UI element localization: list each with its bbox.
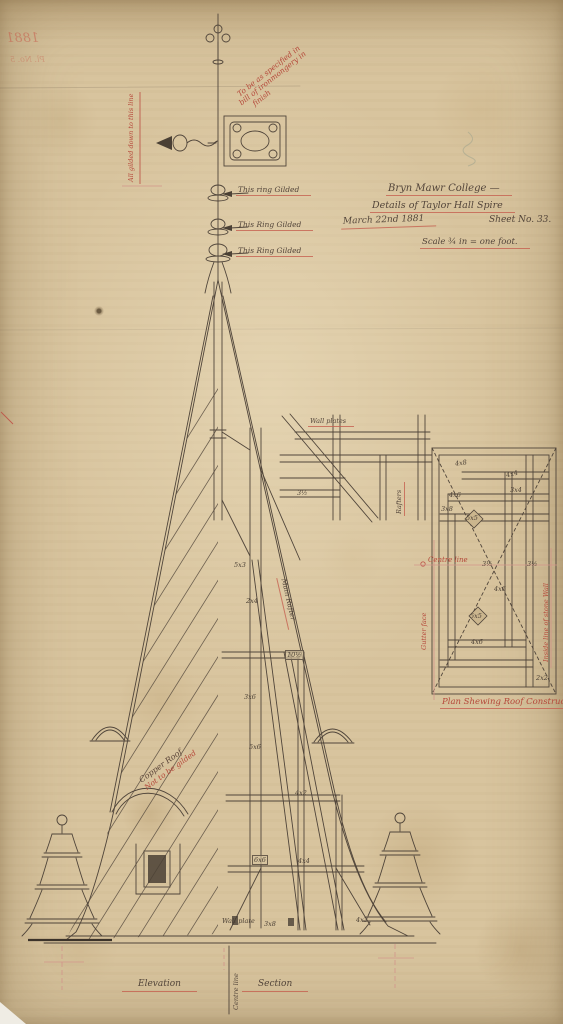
dimension-label: 4x6 (471, 638, 483, 646)
dimension-label: 3½ (527, 560, 537, 568)
elevation-label: Elevation (122, 980, 197, 992)
title-scale: Scale ¾ in = one foot. (420, 238, 530, 249)
title-college: Bryn Mawr College — (386, 183, 512, 196)
spire-drawing (0, 0, 563, 1024)
title-subject: Details of Taylor Hall Spire (370, 201, 515, 213)
roof-plan (421, 448, 556, 694)
dimension-label: 5x3 (234, 561, 246, 569)
note-all-gilded: All gilded down to this line (128, 94, 135, 182)
drawing-sheet: 1881 Pl. No. 5 To be as specified in bil… (0, 0, 563, 1024)
dimension-label: 4x6 (494, 585, 506, 593)
dimension-label: 3½ (482, 560, 492, 568)
rafters-label: Rafters (396, 482, 405, 516)
plan-caption: Plan Shewing Roof Construction (440, 698, 563, 709)
finial (205, 14, 231, 293)
weathervane (156, 135, 217, 151)
right-turret (360, 813, 440, 934)
dimension-label: 4x3 (356, 916, 368, 924)
dimension-label: 4x6 (449, 491, 461, 499)
left-turret (22, 815, 102, 936)
pencil-scribble (463, 132, 475, 166)
dimension-label: 4x2 (295, 789, 307, 797)
ornament-plate (224, 116, 286, 166)
title-sheet-number: Sheet No. 33. (489, 216, 551, 226)
ring-label-1: This ring Gilded (236, 186, 311, 196)
dimension-label: 3x4 (510, 486, 522, 494)
ring-label-3: This Ring Gilded (236, 247, 313, 257)
plan-inside-line-label: Inside line of stone Wall (543, 583, 550, 662)
dimension-label: 4x4 (298, 857, 310, 865)
dimension-label: 2x2 (536, 674, 548, 682)
dimension-label: 3x8 (441, 505, 453, 513)
dimension-label: 10½ (285, 650, 304, 660)
dimension-label: 4x8 (455, 458, 468, 468)
dimension-label: 6x6 (252, 855, 268, 865)
dimension-label: 5x6 (249, 743, 261, 751)
plan-gutter-label: Gutter face (421, 613, 428, 650)
stamp-bleedthrough-date: 1881 (6, 32, 39, 46)
stamp-bleedthrough-number: Pl. No. 5 (10, 56, 45, 65)
footer-centre-line-label: Centre line (233, 973, 240, 1010)
dimension-label: 3x6 (244, 693, 256, 701)
wall-plates-label: Wall plates (308, 418, 354, 427)
dimension-label: 5x5 (466, 514, 478, 522)
ring-label-2: This Ring Gilded (236, 221, 313, 231)
spire-outline (66, 280, 408, 940)
dimension-label: 5x5 (470, 612, 482, 620)
dimension-label: 3x8 (264, 920, 276, 928)
dimension-label: Wall plate (222, 917, 255, 925)
eaves-detail (280, 414, 432, 522)
section-label: Section (242, 980, 308, 992)
dimension-label: 3½ (297, 489, 307, 497)
dimension-label: 2x4 (246, 597, 258, 605)
plan-centre-line-label: Centre line (428, 557, 468, 565)
